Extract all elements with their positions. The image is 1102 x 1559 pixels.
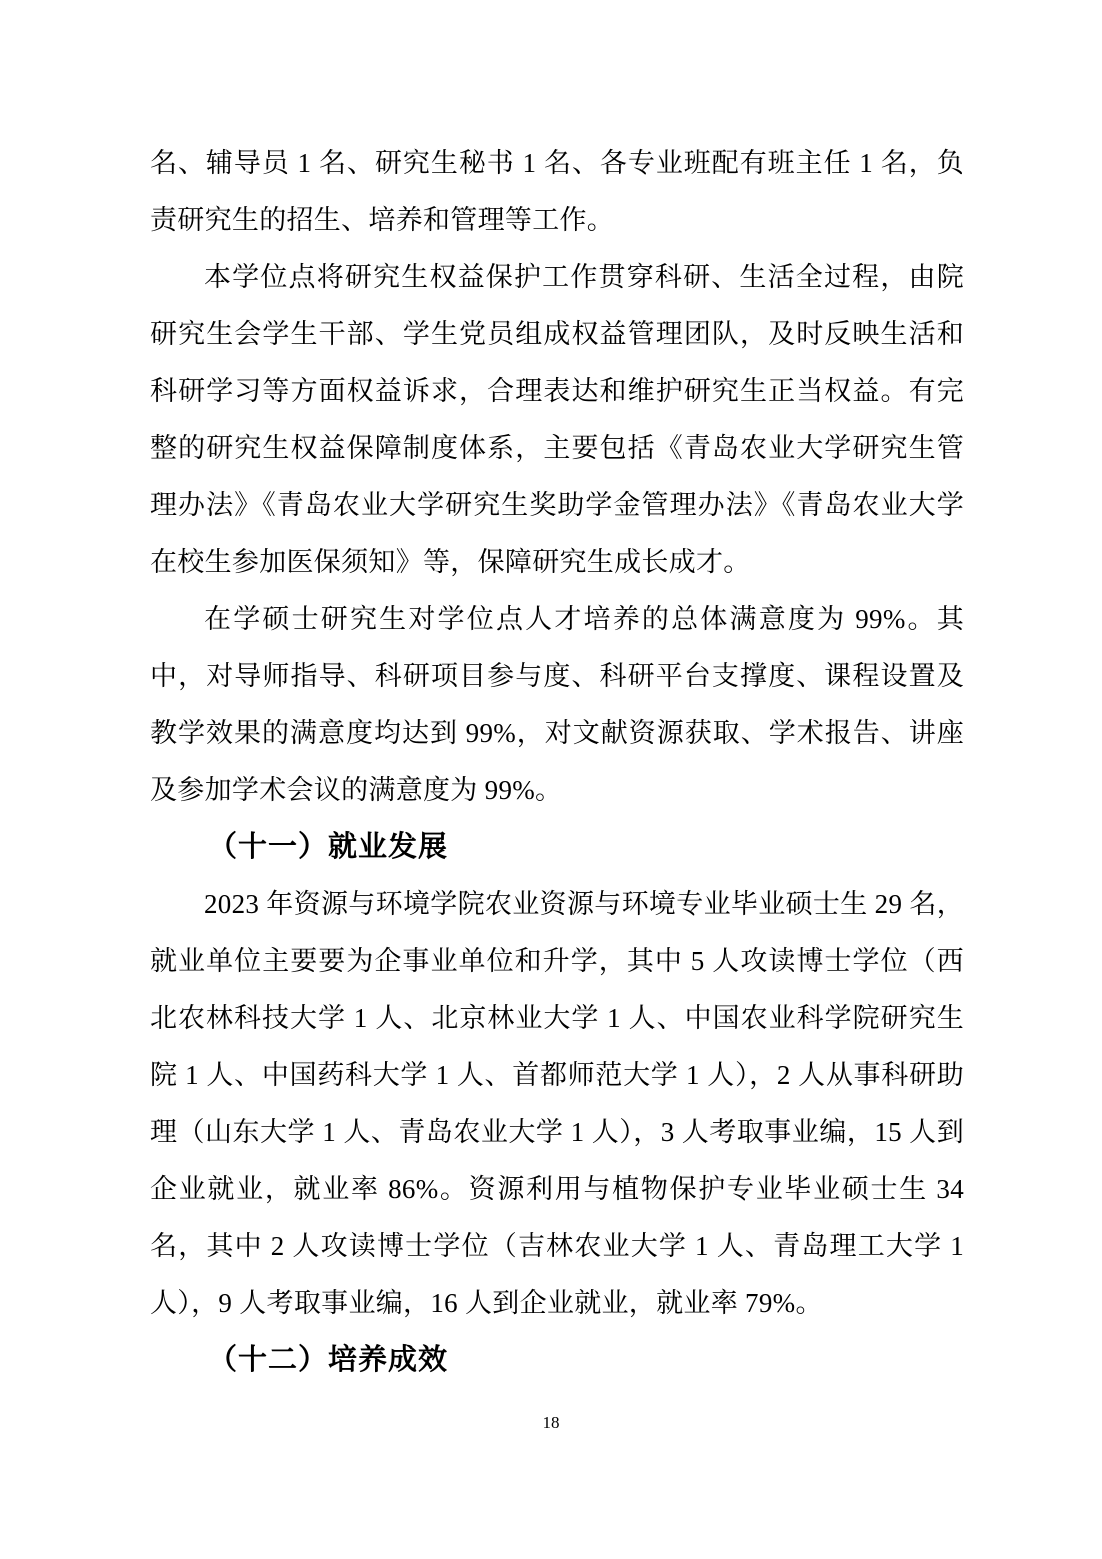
body-paragraph-satisfaction: 在学硕士研究生对学位点人才培养的总体满意度为 99%。其中，对导师指导、科研项目…: [150, 591, 964, 819]
body-paragraph-employment-stats: 2023 年资源与环境学院农业资源与环境专业毕业硕士生 29 名，就业单位主要要…: [150, 876, 964, 1332]
body-paragraph-continued: 名、辅导员 1 名、研究生秘书 1 名、各专业班配有班主任 1 名，负责研究生的…: [150, 135, 964, 249]
section-heading-training-results: （十二）培养成效: [150, 1332, 964, 1389]
page-number: 18: [0, 1412, 1102, 1434]
section-heading-employment-development: （十一）就业发展: [150, 819, 964, 876]
body-paragraph-rights-protection: 本学位点将研究生权益保护工作贯穿科研、生活全过程，由院研究生会学生干部、学生党员…: [150, 249, 964, 591]
page-body: 名、辅导员 1 名、研究生秘书 1 名、各专业班配有班主任 1 名，负责研究生的…: [150, 135, 964, 1389]
document-page: 名、辅导员 1 名、研究生秘书 1 名、各专业班配有班主任 1 名，负责研究生的…: [0, 0, 1102, 1559]
